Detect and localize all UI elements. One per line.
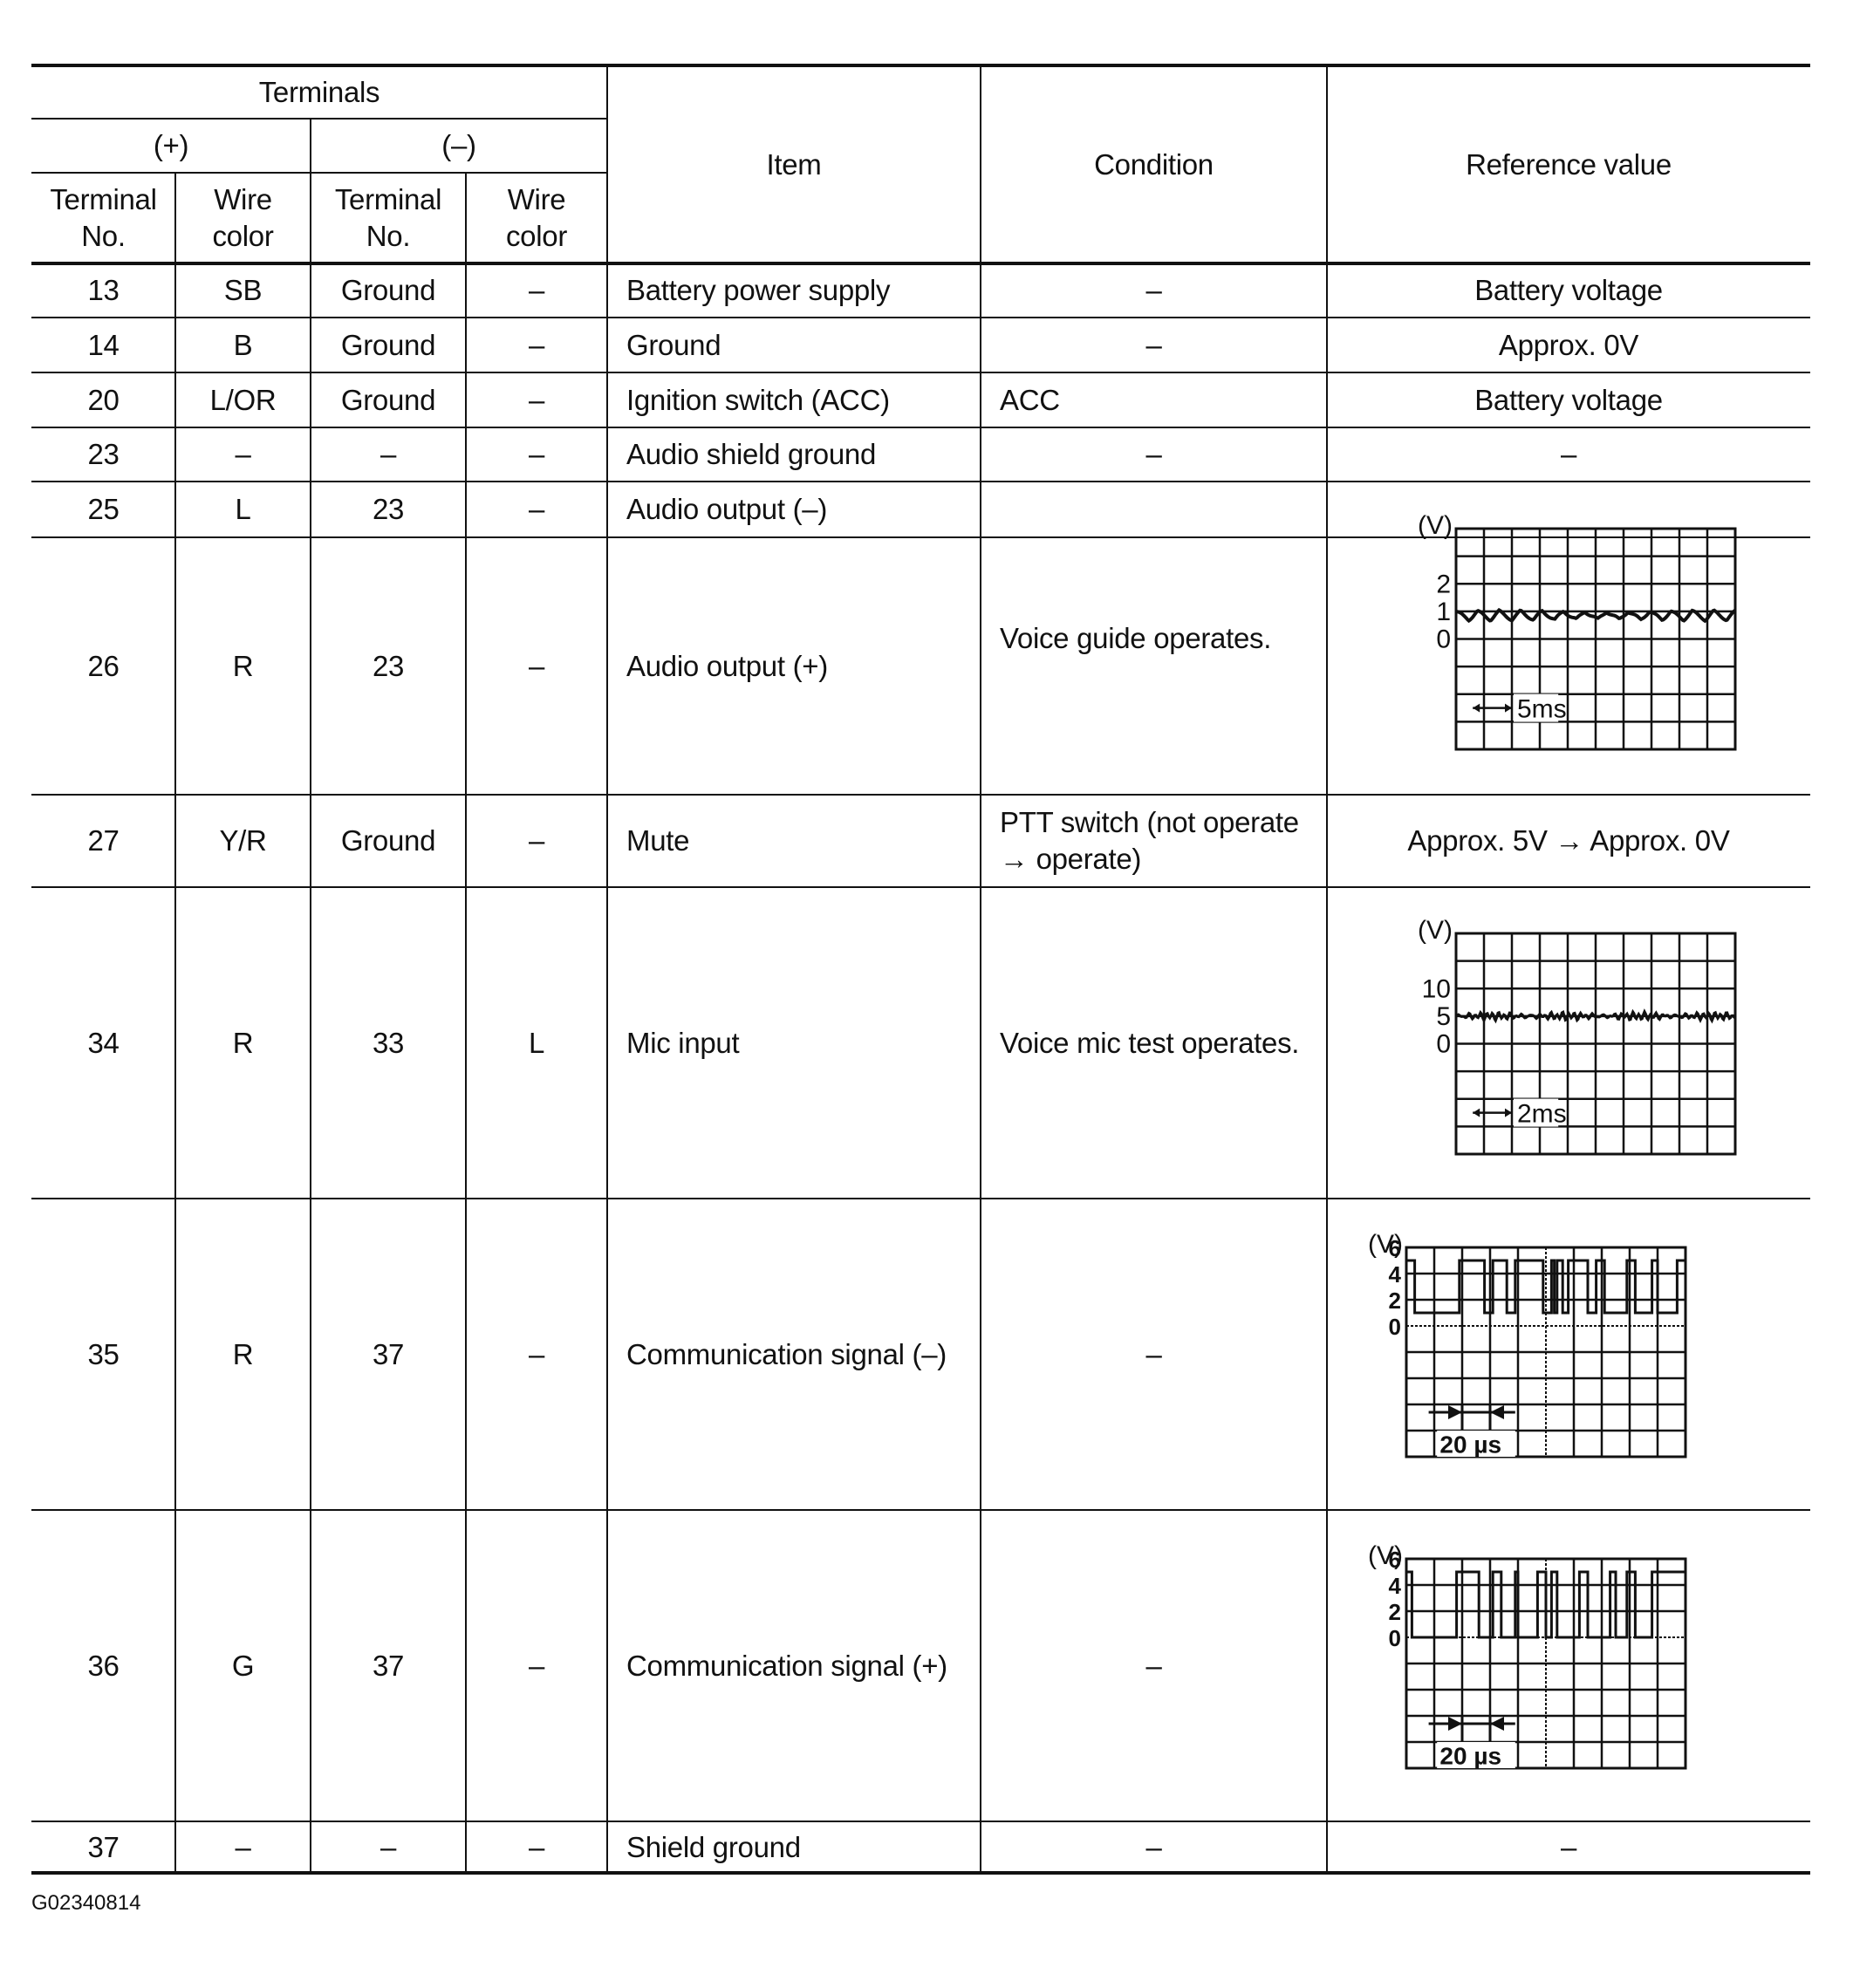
svg-text:2: 2 — [1389, 1599, 1401, 1625]
svg-text:4: 4 — [1389, 1573, 1402, 1599]
svg-text:6: 6 — [1389, 1547, 1401, 1573]
svg-text:20 µs: 20 µs — [1439, 1743, 1501, 1770]
svg-text:0: 0 — [1389, 1625, 1401, 1651]
